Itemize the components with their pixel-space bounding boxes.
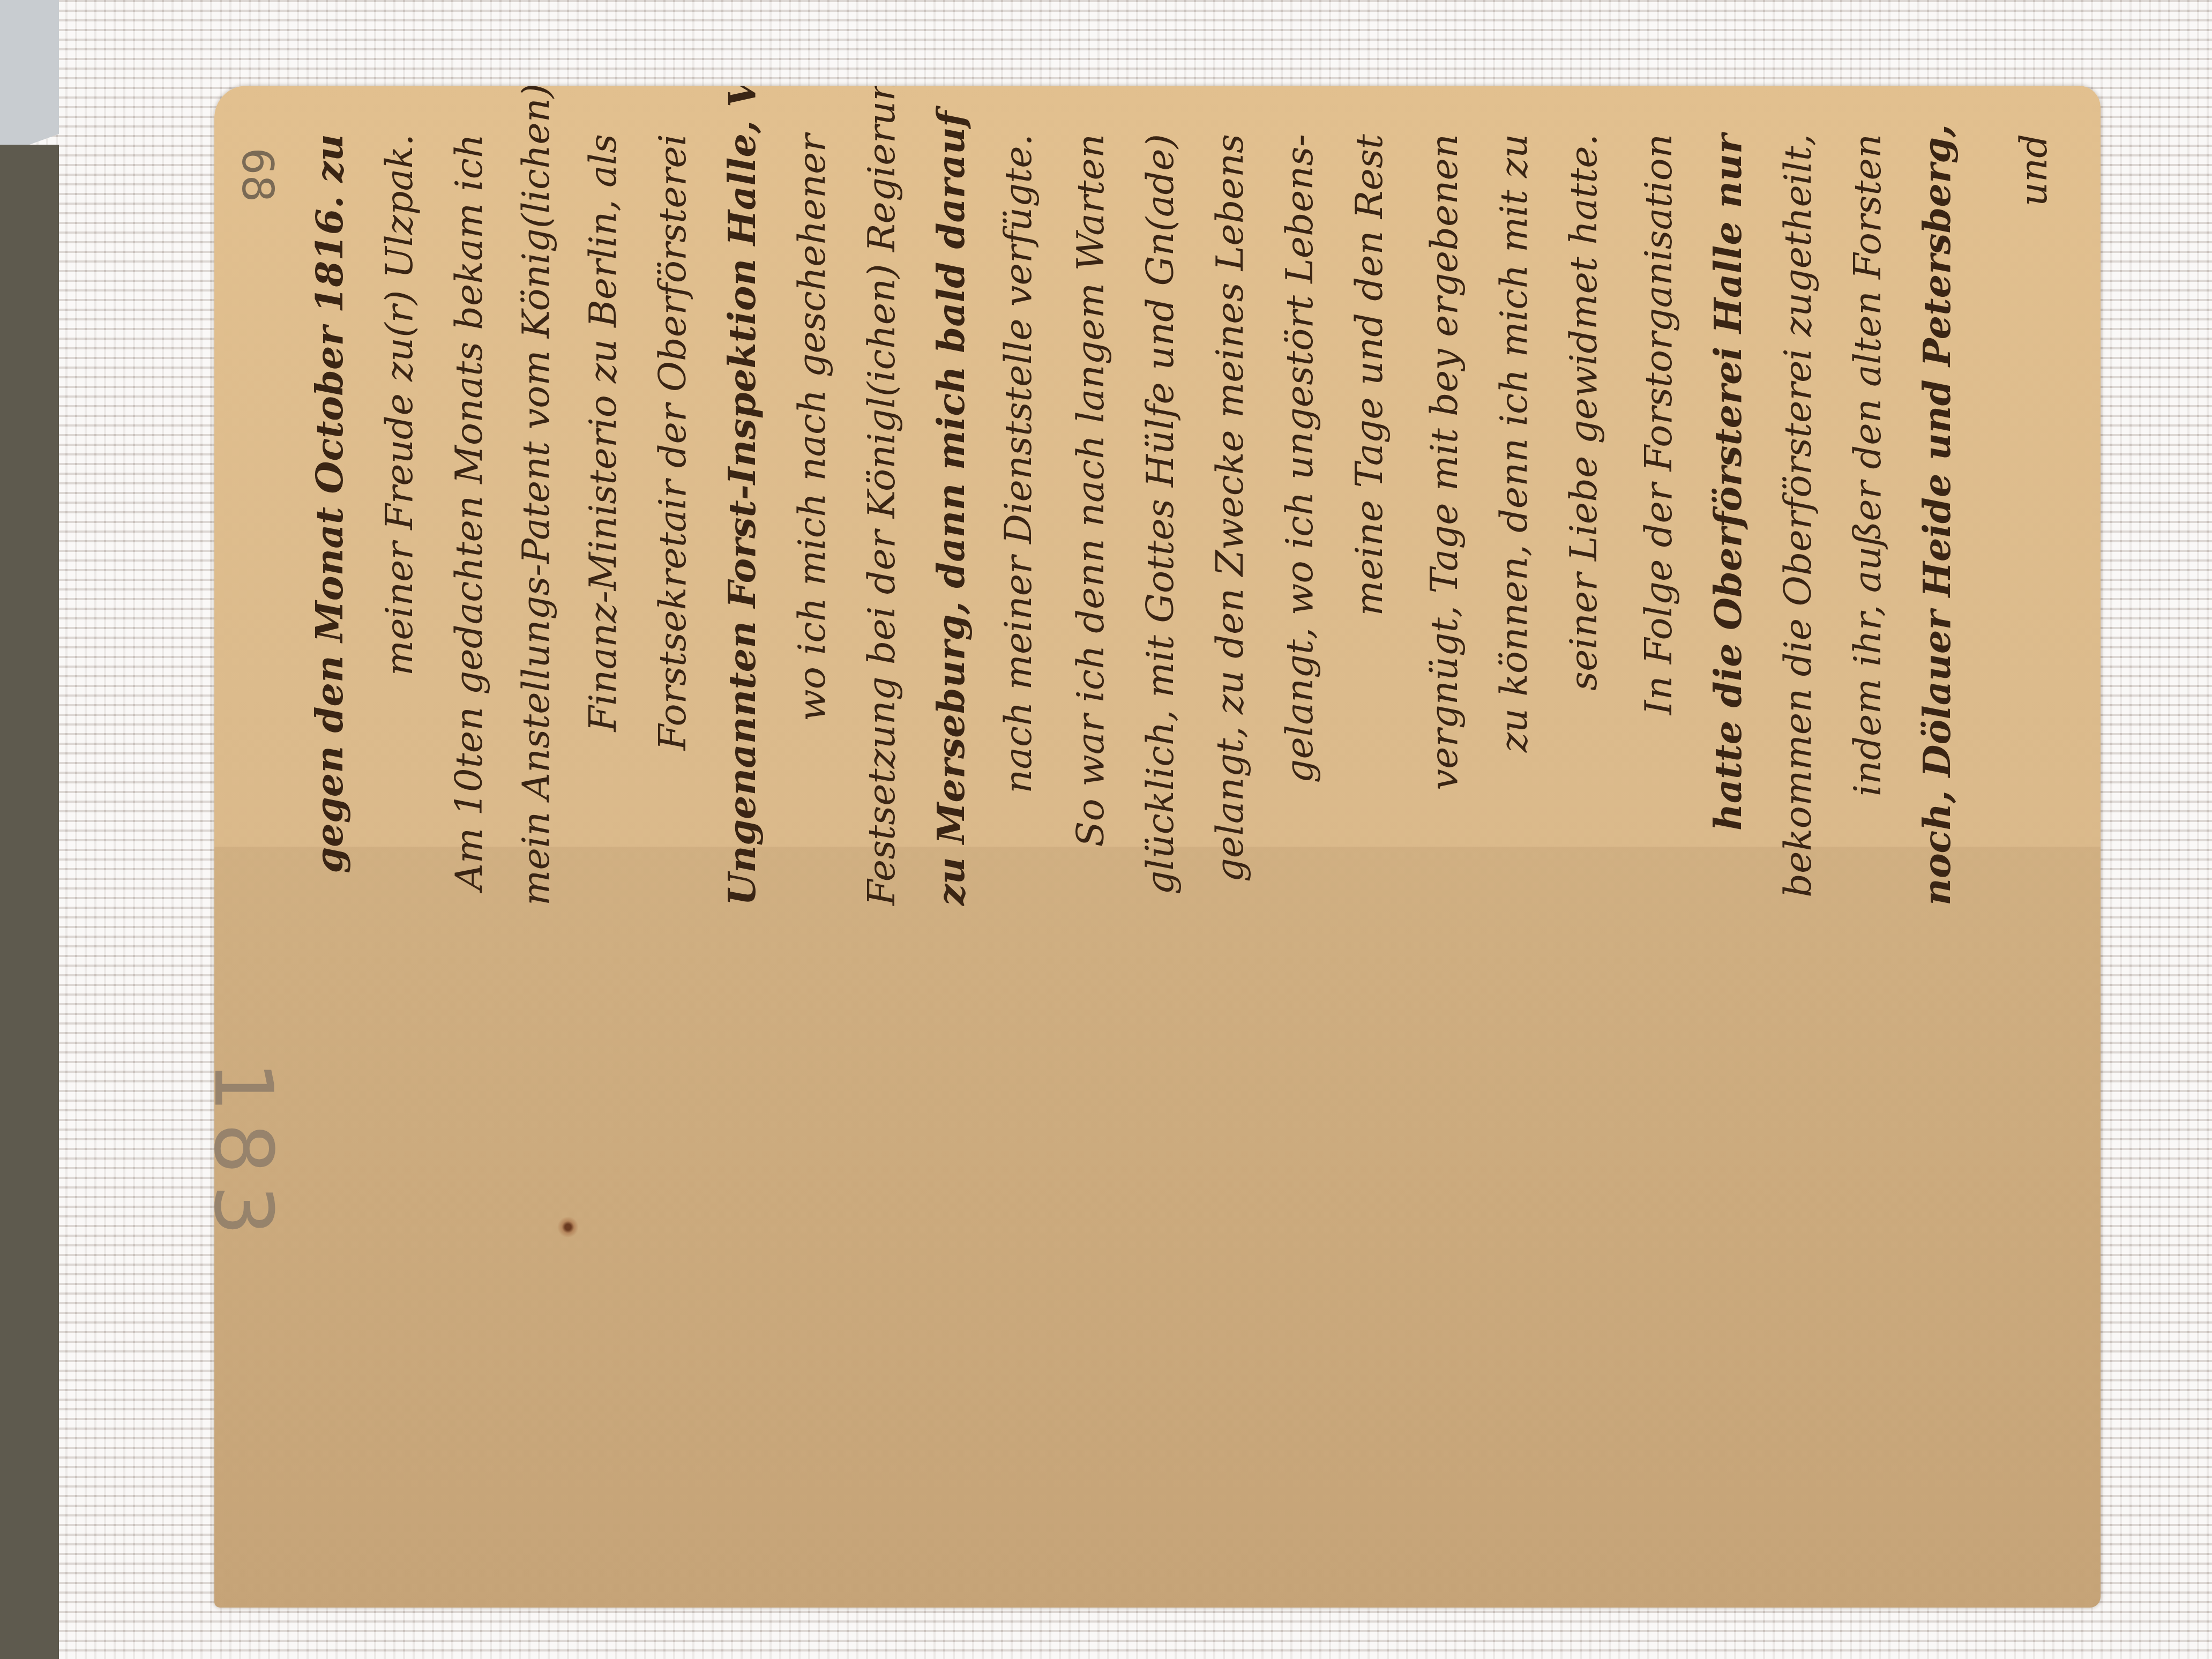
text-line: Festsetzung bei der Königl(ichen) Regier… [852, 134, 911, 906]
ink-stain [557, 1216, 579, 1238]
text-line: meine Tage und den Rest [1340, 134, 1399, 906]
text-line: Ungenannten Forst-Inspektion Halle, Von [713, 134, 772, 906]
text-line: So war ich denn nach langem Warten [1061, 134, 1120, 906]
text-line: hatte die Oberförsterei Halle nur [1699, 134, 1758, 906]
fold-shading [214, 847, 2101, 1608]
text-line: glücklich, mit Gottes Hülfe und Gn(ade) [1131, 134, 1190, 906]
text-line: Finanz-Ministerio zu Berlin, als [573, 134, 632, 906]
text-line: gelangt, zu den Zwecke meines Lebens [1200, 134, 1259, 906]
text-line: gelangt, wo ich ungestört Lebens- [1270, 134, 1329, 906]
manuscript-page: 68 183 gegen den Monat October 1816. zu … [214, 86, 2101, 1608]
text-line: mein Anstellungs-Patent vom König(lichen… [506, 134, 565, 906]
text-line: wo ich mich nach geschehener [782, 134, 841, 906]
text-line: indem ihr, außer den alten Forsten [1838, 134, 1897, 906]
text-line: und [2004, 134, 2063, 906]
folio-number: 68 [233, 148, 282, 203]
pencil-shelfmark: 183 [214, 1061, 289, 1246]
text-line: noch, Dölauer Heide und Petersberg, [1908, 134, 1967, 906]
text-line: seiner Liebe gewidmet hatte. [1554, 134, 1613, 906]
dark-background-strip [0, 145, 59, 1659]
text-line: Forstsekretair der Oberförsterei [643, 134, 702, 906]
handwritten-text: gegen den Monat October 1816. zu meiner … [300, 134, 2068, 906]
text-line: nach meiner Dienststelle verfügte. [989, 134, 1048, 906]
text-line: meiner Freude zu(r) Ulzpak. [370, 134, 429, 906]
text-line: bekommen die Oberförsterei zugetheilt, [1768, 134, 1827, 906]
paper-sheet-corner [0, 0, 59, 155]
text-line: Am 10ten gedachten Monats bekam ich [439, 134, 498, 906]
text-line: zu können, denn ich mich mit zu [1484, 134, 1543, 906]
text-line: zu Merseburg, dann mich bald darauf [922, 134, 981, 906]
text-line: gegen den Monat October 1816. zu [300, 134, 359, 906]
text-line: vergnügt, Tage mit bey ergebenen [1415, 134, 1474, 906]
text-line: In Folge der Forstorganisation [1629, 134, 1688, 906]
